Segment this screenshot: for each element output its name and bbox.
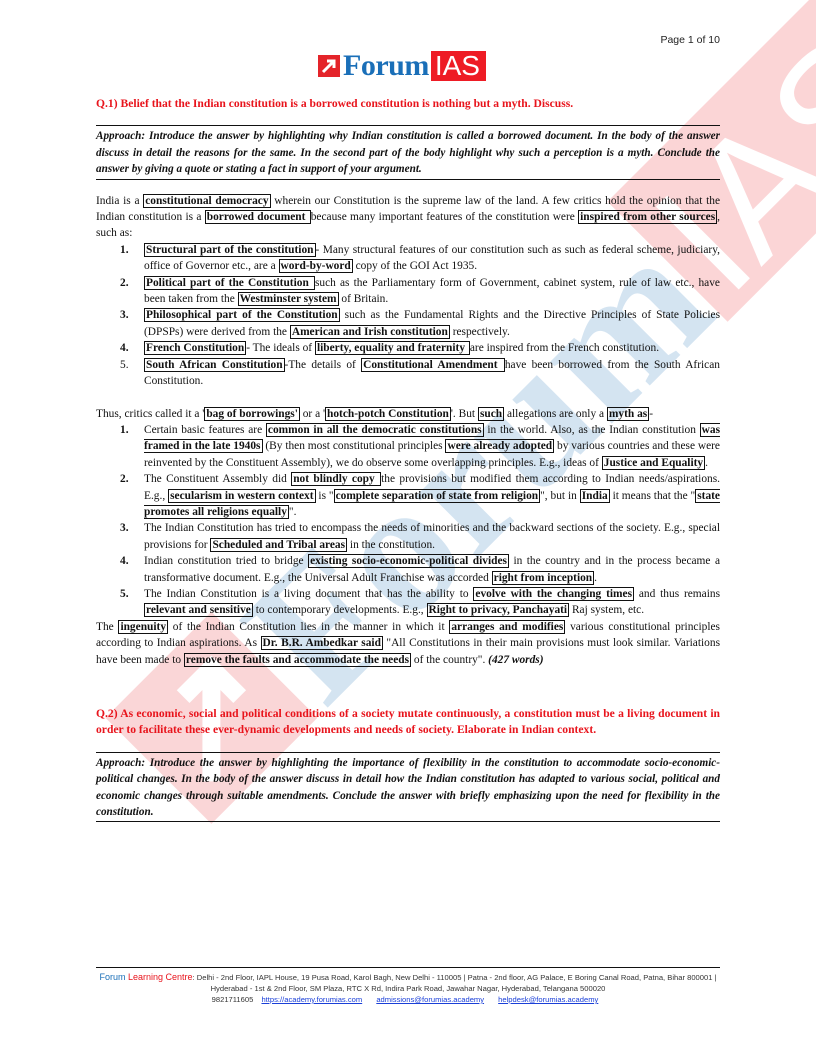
list-item: 2.Political part of the Constitution suc… (96, 275, 720, 308)
footer-address: Forum Learning Centre: Delhi - 2nd Floor… (96, 972, 720, 994)
list-item: 3.The Indian Constitution has tried to e… (96, 520, 720, 553)
list-item: 1.Structural part of the constitution- M… (96, 242, 720, 275)
highlight-box: borrowed document (205, 210, 311, 224)
highlight-box: relevant and sensitive (144, 603, 253, 617)
list-item: 4.Indian constitution tried to bridge ex… (96, 553, 720, 586)
highlight-box: were already adopted (445, 439, 554, 453)
helpdesk-email-link[interactable]: helpdesk@forumias.academy (498, 995, 598, 1004)
myth-reasons-list: 1.Certain basic features are common in a… (96, 422, 720, 619)
q1-conclusion-paragraph: The ingenuity of the Indian Constitution… (96, 619, 720, 668)
forumias-logo: Forum IAS (318, 52, 486, 80)
highlight-box: constitutional democracy (143, 194, 270, 208)
q1-transition-paragraph: Thus, critics called it a 'bag of borrow… (96, 406, 720, 422)
highlight-box: Justice and Equality (602, 456, 705, 470)
highlight-box: Right to privacy, Panchayati (427, 603, 570, 617)
highlight-box: inspired from other sources (578, 210, 717, 224)
footer-phone: 9821711605 (212, 995, 254, 1004)
list-item: 5.The Indian Constitution is a living do… (96, 586, 720, 619)
page-footer: Forum Learning Centre: Delhi - 2nd Floor… (96, 967, 720, 1005)
main-content: Q.1) Belief that the Indian constitution… (96, 96, 720, 822)
logo-brand-primary: Forum (343, 52, 429, 80)
logo-brand-secondary: IAS (431, 51, 486, 81)
highlight-box: common in all the democratic constitutio… (266, 423, 484, 437)
page-indicator: Page 1 of 10 (660, 34, 720, 46)
highlight-box: evolve with the changing times (473, 587, 634, 601)
borrowed-features-list: 1.Structural part of the constitution- M… (96, 242, 720, 390)
website-link[interactable]: https://academy.forumias.com (261, 995, 362, 1004)
highlight-box: Scheduled and Tribal areas (210, 538, 347, 552)
footer-contacts: 9821711605 https://academy.forumias.com … (96, 994, 720, 1005)
list-item: 5.South African Constitution-The details… (96, 357, 720, 390)
highlight-box: not blindly copy (291, 472, 381, 486)
highlight-box: complete separation of state from religi… (334, 489, 541, 503)
question-2-approach: Approach: Introduce the answer by highli… (96, 752, 720, 823)
list-item: 4.French Constitution- The ideals of lib… (96, 340, 720, 356)
highlight-box: India (580, 489, 610, 503)
document-page: Forum IAS Page 1 of 10 Forum IAS Q.1) Be… (0, 0, 816, 1056)
list-item: 1.Certain basic features are common in a… (96, 422, 720, 471)
question-1-title: Q.1) Belief that the Indian constitution… (96, 96, 720, 112)
highlight-box: existing socio-economic-political divide… (308, 554, 509, 568)
question-2-title: Q.2) As economic, social and political c… (96, 706, 720, 739)
list-item: 2.The Constituent Assembly did not blind… (96, 471, 720, 520)
arrow-up-right-icon (318, 55, 340, 77)
highlight-box: secularism in western context (168, 489, 315, 503)
list-item: 3.Philosophical part of the Constitution… (96, 307, 720, 340)
word-count: (427 words) (488, 654, 543, 666)
question-1-approach: Approach: Introduce the answer by highli… (96, 125, 720, 179)
admissions-email-link[interactable]: admissions@forumias.academy (376, 995, 484, 1004)
highlight-box: right from inception (492, 571, 595, 585)
q1-intro-paragraph: India is a constitutional democracy wher… (96, 193, 720, 242)
